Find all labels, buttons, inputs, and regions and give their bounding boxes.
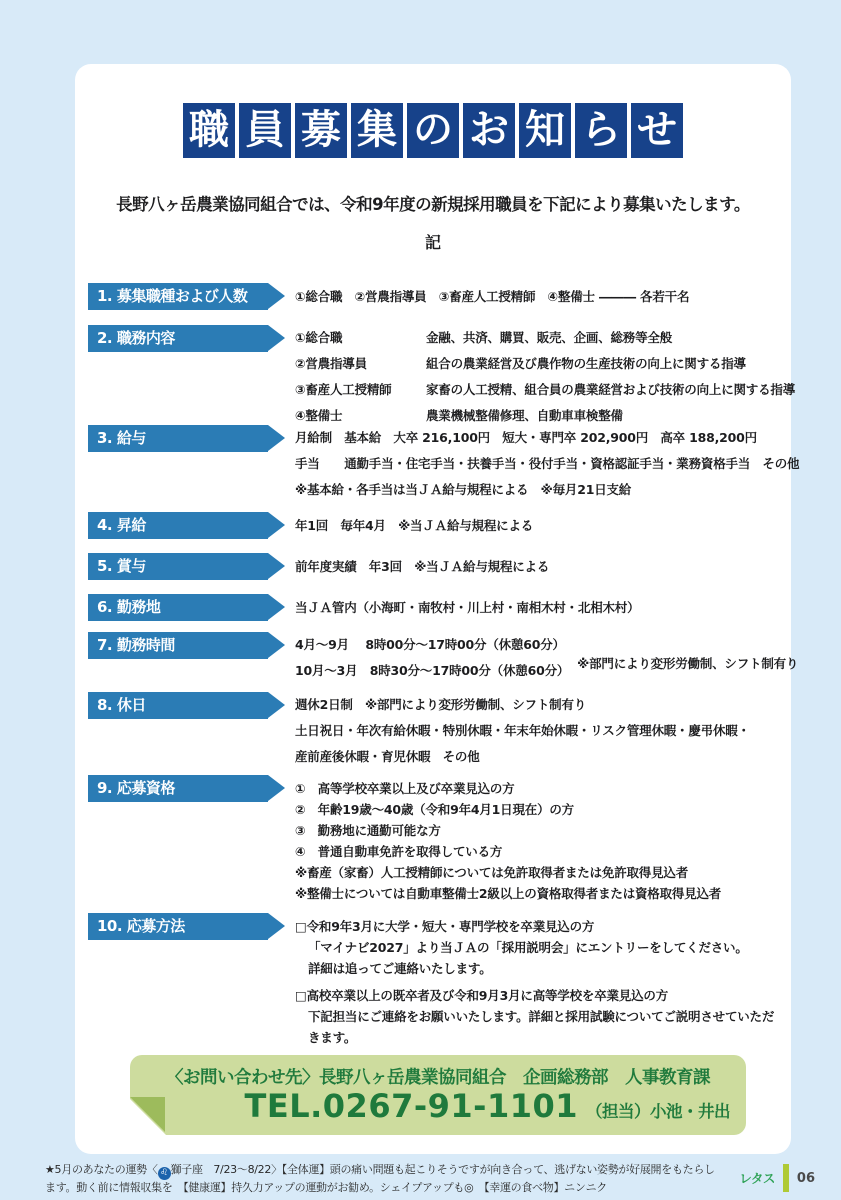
- document-page: 職 員 募 集 の お 知 ら せ 長野八ヶ岳農業協同組合では、令和9年度の新規…: [75, 64, 791, 1154]
- horoscope-prefix: ★5月のあなたの運勢〈: [45, 1163, 158, 1176]
- section-9-banner: 9. 応募資格: [88, 775, 268, 802]
- section-1-text: ①総合職 ②営農指導員 ③畜産人工授精師 ④整備士 ――― 各若干名: [295, 283, 689, 306]
- section-10-text: □令和9年3月に大学・短大・専門学校を卒業見込の方 「マイナビ2027」より当Ｊ…: [295, 913, 774, 1048]
- section-raise: 4. 昇給 年1回 毎年4月 ※当ＪＡ給与規程による: [88, 512, 783, 539]
- title-char-box: 集: [351, 103, 403, 158]
- page-number: 06: [797, 1171, 815, 1186]
- job-row: ③畜産人工授精師 家畜の人工授精、組合員の農業経営および技術の向上に関する指導: [295, 377, 795, 403]
- theme-label: レタス: [739, 1169, 775, 1187]
- work-hours-line: 10月～3月 8時30分～17時00分（休憩60分）: [295, 658, 569, 684]
- title-char-box: 員: [239, 103, 291, 158]
- horoscope-line-2: ます。動く前に情報収集を 【健康運】持久力アップの運動がお勧め。シェイプアップも…: [45, 1180, 705, 1196]
- horoscope-line-1: ★5月のあなたの運勢〈♌獅子座 7/23～8/22〉【全体運】頭の痛い問題も起こ…: [45, 1162, 705, 1180]
- salary-line: 手当 通勤手当・住宅手当・扶養手当・役付手当・資格認証手当・業務資格手当 その他: [295, 451, 799, 477]
- work-hours-note: ※部門により変形労働制、シフト制有り: [577, 639, 798, 677]
- page-background: 職 員 募 集 の お 知 ら せ 長野八ヶ岳農業協同組合では、令和9年度の新規…: [0, 0, 841, 1200]
- apply-line: きます。: [295, 1027, 774, 1048]
- qualification-line: ③ 勤務地に通勤可能な方: [295, 820, 721, 841]
- section-3-banner: 3. 給与: [88, 425, 268, 452]
- section-how-to-apply: 10. 応募方法 □令和9年3月に大学・短大・専門学校を卒業見込の方 「マイナビ…: [88, 913, 783, 1048]
- apply-line: 「マイナビ2027」より当ＪＡの「採用説明会」にエントリーをしてください。: [295, 937, 774, 958]
- horoscope-rest: 獅子座 7/23～8/22〉【全体運】頭の痛い問題も起こりそうですが向き合って、…: [171, 1163, 715, 1176]
- section-2-table: ①総合職 金融、共済、購買、販売、企画、総務等全般 ②営農指導員 組合の農業経営…: [295, 325, 795, 429]
- qualification-line: ④ 普通自動車免許を取得している方: [295, 841, 721, 862]
- holiday-line: 週休2日制 ※部門により変形労働制、シフト制有り: [295, 692, 750, 718]
- work-hours-line: 4月～9月 8時00分～17時00分（休憩60分）: [295, 632, 569, 658]
- section-6-banner: 6. 勤務地: [88, 594, 268, 621]
- leo-zodiac-icon: ♌: [158, 1167, 171, 1180]
- section-3-text: 月給制 基本給 大卒 216,100円 短大・専門卒 202,900円 高卒 1…: [295, 425, 799, 503]
- qualification-line: ② 年齢19歳～40歳（令和9年4月1日現在）の方: [295, 799, 721, 820]
- section-7-text: 4月～9月 8時00分～17時00分（休憩60分） 10月～3月 8時30分～1…: [295, 632, 798, 684]
- job-name: ①総合職: [295, 325, 426, 351]
- section-5-text: 前年度実績 年3回 ※当ＪＡ給与規程による: [295, 553, 549, 576]
- job-desc: 組合の農業経営及び農作物の生産技術の向上に関する指導: [426, 351, 746, 377]
- section-8-banner: 8. 休日: [88, 692, 268, 719]
- section-work-hours: 7. 勤務時間 4月～9月 8時00分～17時00分（休憩60分） 10月～3月…: [88, 632, 783, 684]
- apply-line: 下記担当にご連絡をお願いいたします。詳細と採用試験についてご説明させていただ: [295, 1006, 774, 1027]
- title-char-box: 職: [183, 103, 235, 158]
- salary-line: ※基本給・各手当は当ＪＡ給与規程による ※毎月21日支給: [295, 477, 799, 503]
- section-work-location: 6. 勤務地 当ＪＡ管内（小海町・南牧村・川上村・南相木村・北相木村）: [88, 594, 783, 621]
- section-9-text: ① 高等学校卒業以上及び卒業見込の方 ② 年齢19歳～40歳（令和9年4月1日現…: [295, 775, 721, 904]
- contact-phone-row: TEL.0267-91-1101 （担当）小池・井出: [130, 1087, 746, 1125]
- job-desc: 家畜の人工授精、組合員の農業経営および技術の向上に関する指導: [426, 377, 795, 403]
- section-holidays: 8. 休日 週休2日制 ※部門により変形労働制、シフト制有り 土日祝日・年次有給…: [88, 692, 783, 770]
- section-job-duties: 2. 職務内容 ①総合職 金融、共済、購買、販売、企画、総務等全般 ②営農指導員…: [88, 325, 783, 429]
- qualification-line: ① 高等学校卒業以上及び卒業見込の方: [295, 778, 721, 799]
- contact-department: 〈お問い合わせ先〉長野八ヶ岳農業協同組合 企画総務部 人事教育課: [130, 1055, 746, 1089]
- title-char-box: お: [463, 103, 515, 158]
- contact-phone-number: TEL.0267-91-1101: [245, 1087, 578, 1125]
- holiday-line: 土日祝日・年次有給休暇・特別休暇・年末年始休暇・リスク管理休暇・慶弔休暇・: [295, 718, 750, 744]
- title-char-box: 知: [519, 103, 571, 158]
- title-char-box: ら: [575, 103, 627, 158]
- section-4-text: 年1回 毎年4月 ※当ＪＡ給与規程による: [295, 512, 533, 535]
- apply-line: 詳細は追ってご連絡いたします。: [295, 958, 774, 979]
- section-10-banner: 10. 応募方法: [88, 913, 268, 940]
- qualification-line: ※整備士については自動車整備士2級以上の資格取得者または資格取得見込者: [295, 883, 721, 904]
- section-salary: 3. 給与 月給制 基本給 大卒 216,100円 短大・専門卒 202,900…: [88, 425, 783, 503]
- page-number-bar: [783, 1164, 789, 1192]
- title-char-box: 募: [295, 103, 347, 158]
- job-name: ②営農指導員: [295, 351, 426, 377]
- title-char-box: せ: [631, 103, 683, 158]
- section-7-banner: 7. 勤務時間: [88, 632, 268, 659]
- job-row: ①総合職 金融、共済、購買、販売、企画、総務等全般: [295, 325, 795, 351]
- job-desc: 金融、共済、購買、販売、企画、総務等全般: [426, 325, 672, 351]
- section-6-text: 当ＪＡ管内（小海町・南牧村・川上村・南相木村・北相木村）: [295, 594, 639, 617]
- horoscope-footer: ★5月のあなたの運勢〈♌獅子座 7/23～8/22〉【全体運】頭の痛い問題も起こ…: [45, 1162, 705, 1196]
- work-hours-times: 4月～9月 8時00分～17時00分（休憩60分） 10月～3月 8時30分～1…: [295, 632, 569, 684]
- apply-line: □高校卒業以上の既卒者及び令和9月3月に高等学校を卒業見込の方: [295, 985, 774, 1006]
- job-name: ③畜産人工授精師: [295, 377, 426, 403]
- contact-box: 〈お問い合わせ先〉長野八ヶ岳農業協同組合 企画総務部 人事教育課 TEL.026…: [130, 1055, 746, 1135]
- page-reference: レタス 06: [739, 1163, 815, 1193]
- section-qualifications: 9. 応募資格 ① 高等学校卒業以上及び卒業見込の方 ② 年齢19歳～40歳（令…: [88, 775, 783, 904]
- section-4-banner: 4. 昇給: [88, 512, 268, 539]
- section-1-banner: 1. 募集職種および人数: [88, 283, 268, 310]
- section-recruit-types: 1. 募集職種および人数 ①総合職 ②営農指導員 ③畜産人工授精師 ④整備士 ―…: [88, 283, 783, 310]
- page-title: 職 員 募 集 の お 知 ら せ: [75, 103, 791, 158]
- apply-line: □令和9年3月に大学・短大・専門学校を卒業見込の方: [295, 916, 774, 937]
- salary-line: 月給制 基本給 大卒 216,100円 短大・専門卒 202,900円 高卒 1…: [295, 425, 799, 451]
- ki-label: 記: [75, 230, 791, 253]
- qualification-line: ※畜産（家畜）人工授精師については免許取得者または免許取得見込者: [295, 862, 721, 883]
- intro-subtitle: 長野八ヶ岳農業協同組合では、令和9年度の新規採用職員を下記により募集いたします。: [75, 191, 791, 215]
- job-row: ②営農指導員 組合の農業経営及び農作物の生産技術の向上に関する指導: [295, 351, 795, 377]
- section-8-text: 週休2日制 ※部門により変形労働制、シフト制有り 土日祝日・年次有給休暇・特別休…: [295, 692, 750, 770]
- contact-staff-names: （担当）小池・井出: [586, 1098, 730, 1122]
- title-char-box: の: [407, 103, 459, 158]
- section-bonus: 5. 賞与 前年度実績 年3回 ※当ＪＡ給与規程による: [88, 553, 783, 580]
- section-5-banner: 5. 賞与: [88, 553, 268, 580]
- section-2-banner: 2. 職務内容: [88, 325, 268, 352]
- holiday-line: 産前産後休暇・育児休暇 その他: [295, 744, 750, 770]
